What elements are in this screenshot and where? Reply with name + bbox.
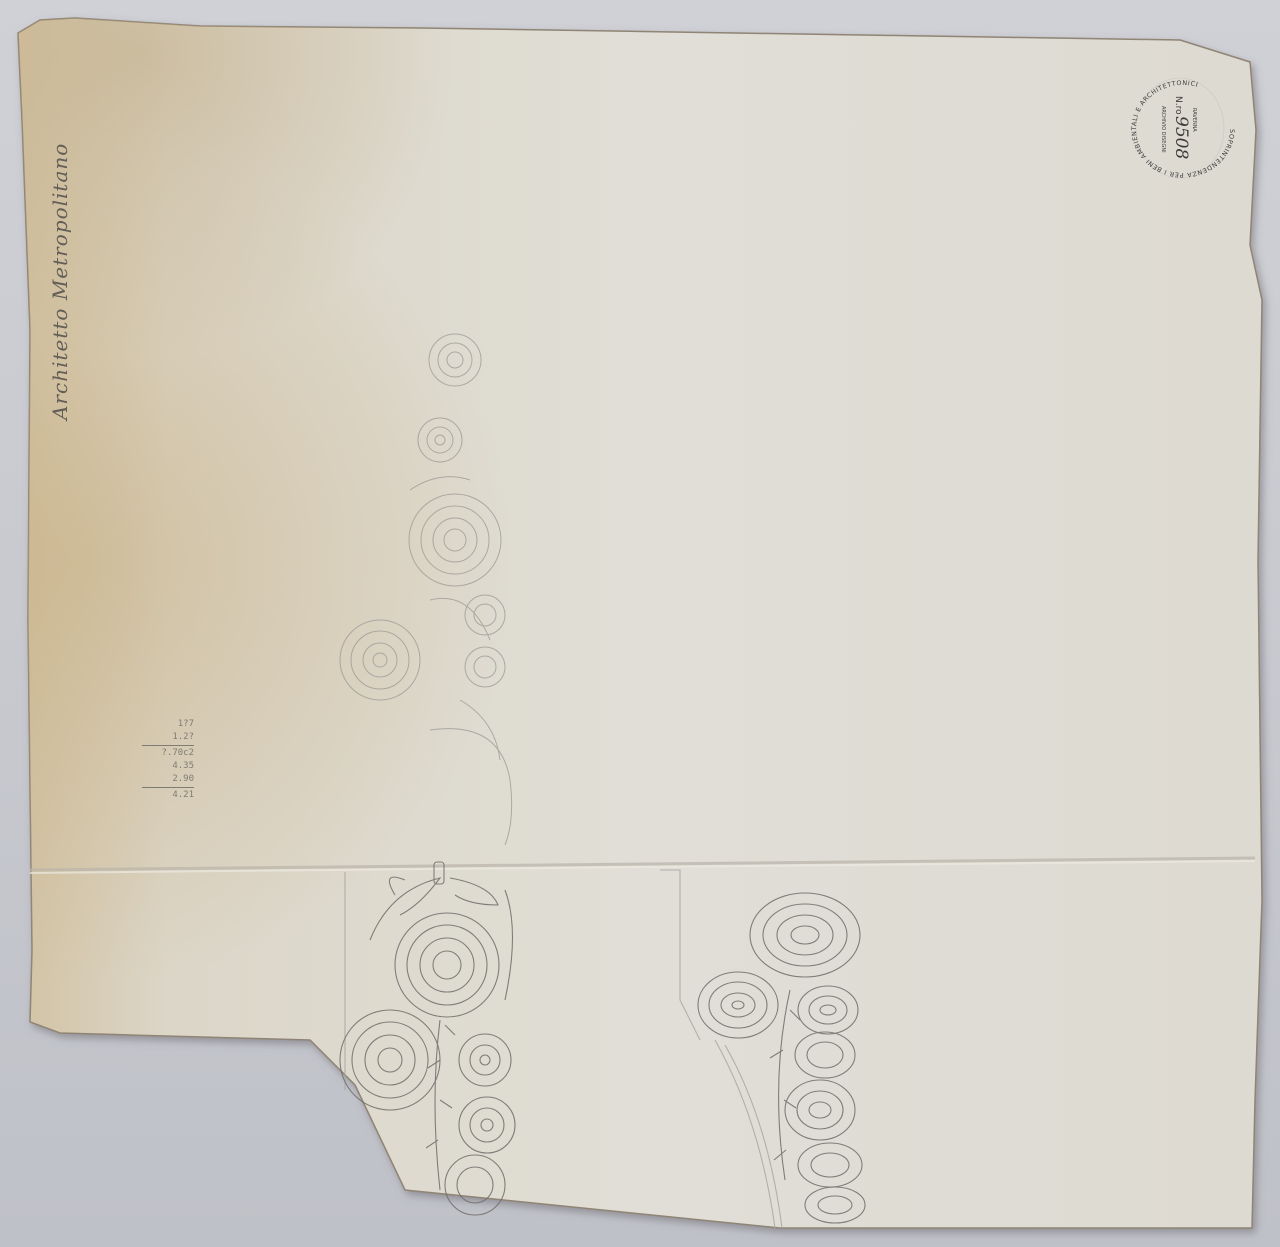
calc-line: 4.21 — [142, 789, 194, 802]
handwritten-inscription: Architetto Metropolitano — [48, 143, 72, 420]
calc-line: 1?7 — [142, 718, 194, 731]
calc-rule — [142, 787, 194, 788]
pencil-calculation: 1?7 1.2? ?.70c2 4.35 2.90 4.21 — [142, 718, 194, 802]
calc-line: 1.2? — [142, 731, 194, 744]
archive-stamp-text: SOPRINTENDENZA PER I BENI AMBIENTALI E A… — [1128, 74, 1238, 184]
calc-line: 4.35 — [142, 760, 194, 773]
calc-line: ?.70c2 — [142, 747, 194, 760]
stamp-number: 9508 — [1171, 116, 1191, 159]
stamp-prefix: N.ro — [1173, 96, 1183, 115]
stamp-subtext: ARCHIVIO DISEGNI — [1160, 106, 1166, 153]
paper-sheet — [0, 0, 1280, 1247]
calc-line: 2.90 — [142, 773, 194, 786]
calc-rule — [142, 745, 194, 746]
